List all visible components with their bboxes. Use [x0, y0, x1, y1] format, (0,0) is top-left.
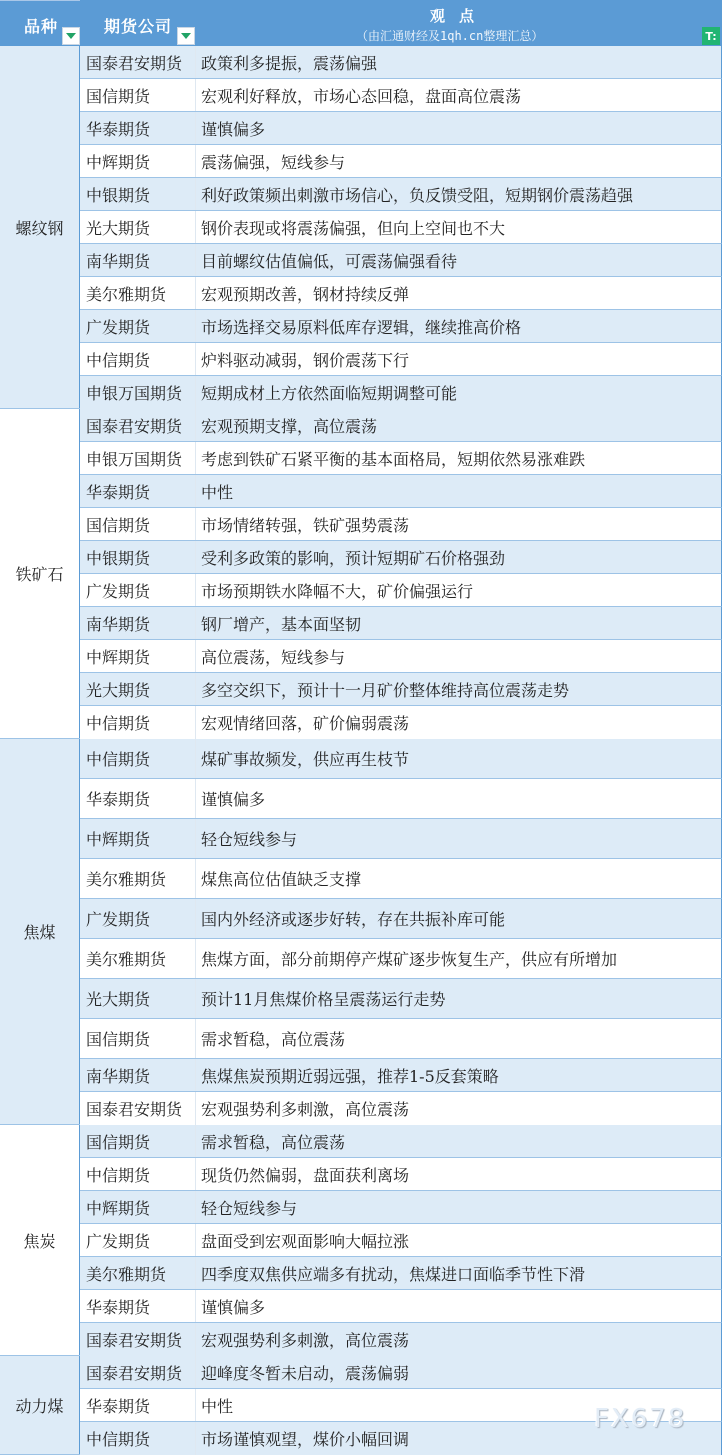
view-cell[interactable]: 盘面受到宏观面影响大幅拉涨: [196, 1224, 721, 1256]
view-cell[interactable]: 炉料驱动减弱，钢价震荡下行: [196, 343, 721, 375]
company-cell[interactable]: 国泰君安期货: [80, 409, 196, 441]
group-3: 焦炭国信期货需求暂稳，高位震荡中信期货现货仍然偏弱，盘面获利离场中辉期货轻仓短线…: [0, 1125, 722, 1356]
company-cell[interactable]: 美尔雅期货: [80, 277, 196, 309]
view-cell[interactable]: 考虑到铁矿石紧平衡的基本面格局，短期依然易涨难跌: [196, 442, 721, 474]
view-filter-button[interactable]: T:: [702, 27, 720, 45]
view-cell[interactable]: 钢厂增产，基本面坚韧: [196, 607, 721, 639]
table-row[interactable]: 南华期货目前螺纹估值偏低，可震荡偏强看待: [80, 244, 722, 277]
company-cell[interactable]: 中辉期货: [80, 640, 196, 672]
company-cell[interactable]: 华泰期货: [80, 1290, 196, 1322]
company-cell[interactable]: 美尔雅期货: [80, 1257, 196, 1289]
view-cell[interactable]: 宏观强势利多刺激，高位震荡: [196, 1092, 721, 1125]
filter-icon: T:: [705, 30, 716, 43]
variety-filter-dropdown[interactable]: [62, 27, 80, 45]
table-row[interactable]: 中辉期货震荡偏强，短线参与: [80, 145, 722, 178]
table-header: 品种 期货公司 观点 （由汇通财经及1qh.cn整理汇总） T:: [0, 0, 722, 46]
header-top-line: [0, 0, 80, 1]
table-row[interactable]: 国泰君安期货迎峰度冬暂未启动，震荡偏弱: [80, 1356, 722, 1389]
company-cell[interactable]: 美尔雅期货: [80, 939, 196, 978]
view-cell[interactable]: 钢价表现或将震荡偏强，但向上空间也不大: [196, 211, 721, 243]
company-cell[interactable]: 国泰君安期货: [80, 1323, 196, 1356]
company-cell[interactable]: 中银期货: [80, 541, 196, 573]
view-cell[interactable]: 轻仓短线参与: [196, 819, 721, 858]
company-cell[interactable]: 华泰期货: [80, 1389, 196, 1421]
view-cell[interactable]: 煤焦高位估值缺乏支撑: [196, 859, 721, 898]
company-cell[interactable]: 中银期货: [80, 178, 196, 210]
column-header-view-subtitle: （由汇通财经及1qh.cn整理汇总）: [356, 27, 543, 44]
company-cell[interactable]: 光大期货: [80, 673, 196, 705]
table-row[interactable]: 华泰期货谨慎偏多: [80, 1290, 722, 1323]
table-row[interactable]: 中银期货受利多政策的影响，预计短期矿石价格强劲: [80, 541, 722, 574]
table-row[interactable]: 南华期货焦煤焦炭预期近弱远强，推荐1-5反套策略: [80, 1059, 722, 1092]
variety-cell[interactable]: 铁矿石: [0, 409, 80, 738]
variety-cell[interactable]: 螺纹钢: [0, 46, 80, 408]
view-cell[interactable]: 煤矿事故频发，供应再生枝节: [196, 739, 721, 778]
company-cell[interactable]: 南华期货: [80, 244, 196, 276]
company-cell[interactable]: 广发期货: [80, 1224, 196, 1256]
view-cell[interactable]: 中性: [196, 475, 721, 507]
table-row[interactable]: 广发期货国内外经济或逐步好转，存在共振补库可能: [80, 899, 722, 939]
table-row[interactable]: 美尔雅期货煤焦高位估值缺乏支撑: [80, 859, 722, 899]
company-filter-dropdown[interactable]: [177, 27, 195, 45]
company-cell[interactable]: 华泰期货: [80, 112, 196, 144]
table-row[interactable]: 中辉期货轻仓短线参与: [80, 1191, 722, 1224]
company-cell[interactable]: 国泰君安期货: [80, 46, 196, 78]
company-cell[interactable]: 光大期货: [80, 979, 196, 1018]
table-row[interactable]: 中信期货炉料驱动减弱，钢价震荡下行: [80, 343, 722, 376]
table-row[interactable]: 国信期货需求暂稳，高位震荡: [80, 1125, 722, 1158]
view-cell[interactable]: 谨慎偏多: [196, 112, 721, 144]
view-cell[interactable]: 预计11月焦煤价格呈震荡运行走势: [196, 979, 721, 1018]
column-header-variety: 品种: [24, 14, 58, 37]
company-cell[interactable]: 国信期货: [80, 1019, 196, 1058]
table-row[interactable]: 美尔雅期货四季度双焦供应端多有扰动，焦煤进口面临季节性下滑: [80, 1257, 722, 1290]
company-cell[interactable]: 南华期货: [80, 607, 196, 639]
view-cell[interactable]: 宏观强势利多刺激，高位震荡: [196, 1323, 721, 1356]
watermark: FX678: [594, 1404, 686, 1434]
table-row[interactable]: 南华期货钢厂增产，基本面坚韧: [80, 607, 722, 640]
company-cell[interactable]: 南华期货: [80, 1059, 196, 1091]
view-cell[interactable]: 四季度双焦供应端多有扰动，焦煤进口面临季节性下滑: [196, 1257, 721, 1289]
company-cell[interactable]: 中信期货: [80, 1158, 196, 1190]
company-cell[interactable]: 中信期货: [80, 1422, 196, 1455]
view-cell[interactable]: 现货仍然偏弱，盘面获利离场: [196, 1158, 721, 1190]
company-cell[interactable]: 美尔雅期货: [80, 859, 196, 898]
view-cell[interactable]: 焦煤焦炭预期近弱远强，推荐1-5反套策略: [196, 1059, 721, 1091]
variety-cell[interactable]: 焦煤: [0, 739, 80, 1124]
view-cell[interactable]: 宏观预期支撑，高位震荡: [196, 409, 721, 441]
view-cell[interactable]: 短期成材上方依然面临短期调整可能: [196, 376, 721, 409]
table-row[interactable]: 光大期货多空交织下，预计十一月矿价整体维持高位震荡走势: [80, 673, 722, 706]
table-row[interactable]: 华泰期货谨慎偏多: [80, 779, 722, 819]
table-row[interactable]: 中辉期货高位震荡，短线参与: [80, 640, 722, 673]
column-header-view: 观点: [430, 5, 488, 26]
view-cell[interactable]: 高位震荡，短线参与: [196, 640, 721, 672]
table-row[interactable]: 国泰君安期货宏观强势利多刺激，高位震荡: [80, 1092, 722, 1125]
table-row[interactable]: 国信期货市场情绪转强，铁矿强势震荡: [80, 508, 722, 541]
company-cell[interactable]: 光大期货: [80, 211, 196, 243]
view-cell[interactable]: 宏观利好释放，市场心态回稳，盘面高位震荡: [196, 79, 721, 111]
view-cell[interactable]: 谨慎偏多: [196, 779, 721, 818]
company-cell[interactable]: 广发期货: [80, 310, 196, 342]
table-row[interactable]: 华泰期货中性: [80, 475, 722, 508]
view-cell[interactable]: 利好政策频出刺激市场信心，负反馈受阻，短期钢价震荡趋强: [196, 178, 721, 210]
company-cell[interactable]: 中辉期货: [80, 819, 196, 858]
company-cell[interactable]: 中辉期货: [80, 145, 196, 177]
view-cell[interactable]: 多空交织下，预计十一月矿价整体维持高位震荡走势: [196, 673, 721, 705]
company-cell[interactable]: 国泰君安期货: [80, 1356, 196, 1388]
company-cell[interactable]: 中信期货: [80, 739, 196, 778]
table-row[interactable]: 中信期货现货仍然偏弱，盘面获利离场: [80, 1158, 722, 1191]
company-cell[interactable]: 国信期货: [80, 508, 196, 540]
table-row[interactable]: 广发期货市场预期铁水降幅不大，矿价偏强运行: [80, 574, 722, 607]
group-1: 铁矿石国泰君安期货宏观预期支撑，高位震荡申银万国期货考虑到铁矿石紧平衡的基本面格…: [0, 409, 722, 739]
company-cell[interactable]: 中信期货: [80, 343, 196, 375]
table-row[interactable]: 中辉期货轻仓短线参与: [80, 819, 722, 859]
variety-cell[interactable]: 焦炭: [0, 1125, 80, 1355]
view-cell[interactable]: 轻仓短线参与: [196, 1191, 721, 1223]
column-header-company: 期货公司: [104, 14, 172, 37]
company-cell[interactable]: 国泰君安期货: [80, 1092, 196, 1125]
view-cell[interactable]: 受利多政策的影响，预计短期矿石价格强劲: [196, 541, 721, 573]
table-row[interactable]: 广发期货市场选择交易原料低库存逻辑，继续推高价格: [80, 310, 722, 343]
company-cell[interactable]: 国信期货: [80, 79, 196, 111]
table-row[interactable]: 美尔雅期货焦煤方面，部分前期停产煤矿逐步恢复生产，供应有所增加: [80, 939, 722, 979]
view-cell[interactable]: 谨慎偏多: [196, 1290, 721, 1322]
table-row[interactable]: 中银期货利好政策频出刺激市场信心，负反馈受阻，短期钢价震荡趋强: [80, 178, 722, 211]
company-cell[interactable]: 广发期货: [80, 899, 196, 938]
group-2: 焦煤中信期货煤矿事故频发，供应再生枝节华泰期货谨慎偏多中辉期货轻仓短线参与美尔雅…: [0, 739, 722, 1125]
company-cell[interactable]: 申银万国期货: [80, 376, 196, 409]
view-cell[interactable]: 焦煤方面，部分前期停产煤矿逐步恢复生产，供应有所增加: [196, 939, 721, 978]
company-cell[interactable]: 国信期货: [80, 1125, 196, 1157]
view-cell[interactable]: 市场预期铁水降幅不大，矿价偏强运行: [196, 574, 721, 606]
table-row[interactable]: 美尔雅期货宏观预期改善，钢材持续反弹: [80, 277, 722, 310]
view-cell[interactable]: 需求暂稳，高位震荡: [196, 1125, 721, 1157]
view-cell[interactable]: 需求暂稳，高位震荡: [196, 1019, 721, 1058]
company-cell[interactable]: 广发期货: [80, 574, 196, 606]
view-cell[interactable]: 政策利多提振，震荡偏强: [196, 46, 721, 78]
dropdown-arrow-icon: [66, 33, 76, 39]
table-row[interactable]: 申银万国期货考虑到铁矿石紧平衡的基本面格局，短期依然易涨难跌: [80, 442, 722, 475]
company-cell[interactable]: 申银万国期货: [80, 442, 196, 474]
table-row[interactable]: 国泰君安期货宏观预期支撑，高位震荡: [80, 409, 722, 442]
table-row[interactable]: 国泰君安期货宏观强势利多刺激，高位震荡: [80, 1323, 722, 1356]
table-row[interactable]: 中信期货宏观情绪回落，矿价偏弱震荡: [80, 706, 722, 739]
company-cell[interactable]: 华泰期货: [80, 475, 196, 507]
table-row[interactable]: 华泰期货谨慎偏多: [80, 112, 722, 145]
table-row[interactable]: 光大期货钢价表现或将震荡偏强，但向上空间也不大: [80, 211, 722, 244]
company-cell[interactable]: 中辉期货: [80, 1191, 196, 1223]
company-cell[interactable]: 华泰期货: [80, 779, 196, 818]
company-cell[interactable]: 中信期货: [80, 706, 196, 739]
variety-cell[interactable]: 动力煤: [0, 1356, 80, 1454]
table-row[interactable]: 国信期货宏观利好释放，市场心态回稳，盘面高位震荡: [80, 79, 722, 112]
table-row[interactable]: 光大期货预计11月焦煤价格呈震荡运行走势: [80, 979, 722, 1019]
view-cell[interactable]: 国内外经济或逐步好转，存在共振补库可能: [196, 899, 721, 938]
view-cell[interactable]: 市场选择交易原料低库存逻辑，继续推高价格: [196, 310, 721, 342]
group-0: 螺纹钢国泰君安期货政策利多提振，震荡偏强国信期货宏观利好释放，市场心态回稳，盘面…: [0, 46, 722, 409]
view-cell[interactable]: 迎峰度冬暂未启动，震荡偏弱: [196, 1356, 721, 1388]
view-cell[interactable]: 市场情绪转强，铁矿强势震荡: [196, 508, 721, 540]
view-cell[interactable]: 目前螺纹估值偏低，可震荡偏强看待: [196, 244, 721, 276]
view-cell[interactable]: 宏观预期改善，钢材持续反弹: [196, 277, 721, 309]
table-row[interactable]: 国泰君安期货政策利多提振，震荡偏强: [80, 46, 722, 79]
table-row[interactable]: 国信期货需求暂稳，高位震荡: [80, 1019, 722, 1059]
dropdown-arrow-icon: [181, 33, 191, 39]
view-cell[interactable]: 宏观情绪回落，矿价偏弱震荡: [196, 706, 721, 739]
view-cell[interactable]: 震荡偏强，短线参与: [196, 145, 721, 177]
table-row[interactable]: 广发期货盘面受到宏观面影响大幅拉涨: [80, 1224, 722, 1257]
table-row[interactable]: 申银万国期货短期成材上方依然面临短期调整可能: [80, 376, 722, 409]
table-row[interactable]: 中信期货煤矿事故频发，供应再生枝节: [80, 739, 722, 779]
